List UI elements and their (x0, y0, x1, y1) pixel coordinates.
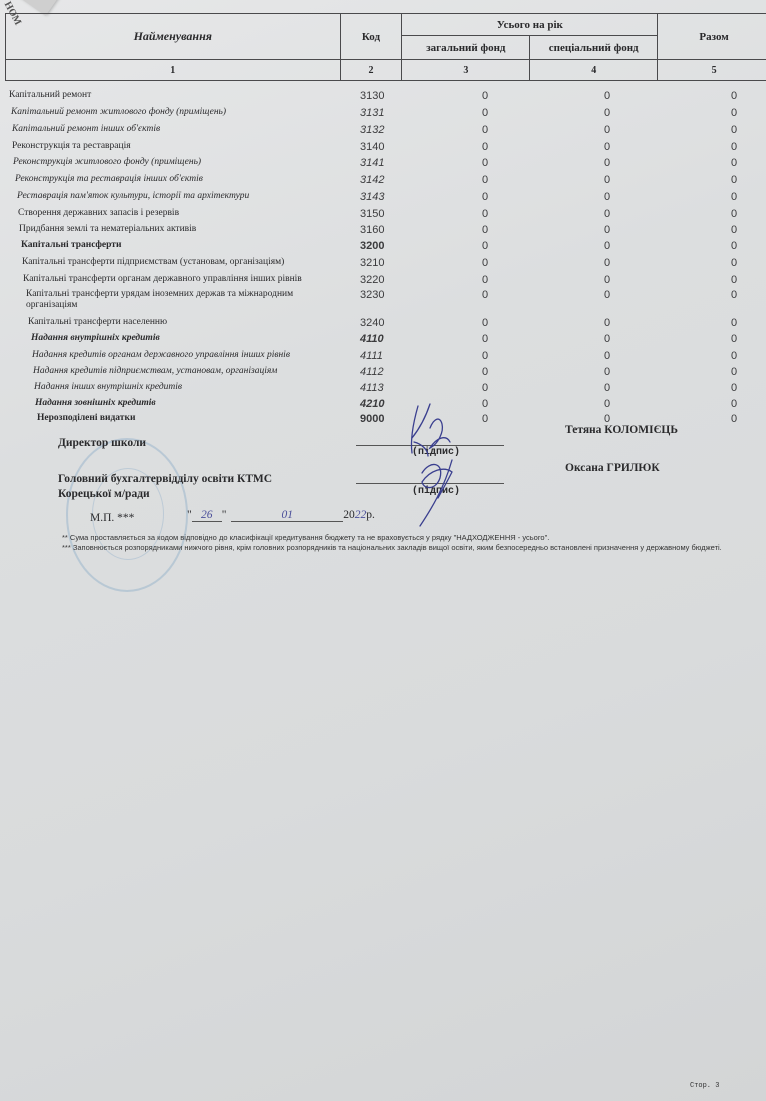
row-name: Капітальний ремонт (9, 90, 91, 100)
row-total: 0 (731, 174, 737, 186)
row-total: 0 (731, 240, 737, 252)
row-special-fund: 0 (604, 124, 610, 136)
row-code: 3220 (360, 274, 384, 286)
row-general-fund: 0 (482, 257, 488, 269)
page-number: Стор. 3 (690, 1082, 719, 1090)
row-total: 0 (731, 398, 737, 410)
row-name: Нерозподілені видатки (37, 413, 135, 423)
row-general-fund: 0 (482, 366, 488, 378)
row-special-fund: 0 (604, 350, 610, 362)
row-general-fund: 0 (482, 333, 488, 345)
row-general-fund: 0 (482, 124, 488, 136)
row-general-fund: 0 (482, 289, 488, 301)
row-total: 0 (731, 274, 737, 286)
row-name: Реконструкція та реставрація інших об'єк… (15, 174, 203, 184)
footnote-1: ** Сума проставляється за кодом відповід… (62, 533, 752, 543)
row-code: 3141 (360, 157, 384, 169)
director-name: Тетяна КОЛОМІЄЦЬ (565, 424, 678, 436)
row-total: 0 (731, 107, 737, 119)
row-total: 0 (731, 382, 737, 394)
table-row: Надання зовнішніх кредитів4210000 (0, 398, 766, 414)
row-total: 0 (731, 317, 737, 329)
row-special-fund: 0 (604, 174, 610, 186)
row-name: Капітальні трансферти населенню (28, 317, 167, 327)
row-total: 0 (731, 333, 737, 345)
row-name: Реконструкція житлового фонду (приміщень… (13, 157, 201, 167)
handwritten-signatures (400, 398, 480, 528)
accountant-name: Оксана ГРИЛЮК (565, 462, 660, 474)
row-name: Надання кредитів підприємствам, установа… (33, 366, 277, 376)
row-code: 9000 (360, 413, 384, 425)
footnotes: ** Сума проставляється за кодом відповід… (62, 533, 752, 552)
row-code: 4113 (360, 382, 384, 394)
table-row: Капітальний ремонт житлового фонду (прим… (0, 107, 766, 123)
date-month: 01 (282, 509, 294, 521)
row-name: Надання інших внутрішніх кредитів (34, 382, 182, 392)
row-special-fund: 0 (604, 224, 610, 236)
row-total: 0 (731, 157, 737, 169)
row-total: 0 (731, 289, 737, 301)
row-name: Капітальний ремонт житлового фонду (прим… (11, 107, 226, 117)
row-special-fund: 0 (604, 90, 610, 102)
table-row: Реконструкція житлового фонду (приміщень… (0, 157, 766, 173)
header-num-5: 5 (658, 60, 766, 81)
row-special-fund: 0 (604, 398, 610, 410)
row-special-fund: 0 (604, 157, 610, 169)
accountant-label-2: Корецької м/ради (58, 488, 150, 500)
row-general-fund: 0 (482, 350, 488, 362)
header-special-fund: спеціальний фонд (530, 36, 658, 60)
row-name: Надання кредитів органам державного упра… (32, 350, 290, 360)
table-row: Капітальний ремонт інших об'єктів3132000 (0, 124, 766, 140)
row-name: Реконструкція та реставрація (12, 141, 131, 151)
row-name: Капітальні трансферти органам державного… (23, 274, 302, 284)
document-date: "26" 012022р. (187, 509, 375, 522)
row-general-fund: 0 (482, 174, 488, 186)
header-num-4: 4 (530, 60, 658, 81)
table-row: Надання інших внутрішніх кредитів4113000 (0, 382, 766, 398)
row-code: 3210 (360, 257, 384, 269)
row-code: 4210 (360, 398, 384, 410)
row-name: Капітальні трансферти урядам іноземних д… (26, 289, 326, 311)
row-general-fund: 0 (482, 398, 488, 410)
row-general-fund: 0 (482, 382, 488, 394)
row-code: 4110 (360, 333, 384, 345)
row-code: 4112 (360, 366, 384, 378)
header-year-total: Усього на рік (402, 14, 658, 36)
row-special-fund: 0 (604, 107, 610, 119)
row-code: 3240 (360, 317, 384, 329)
row-name: Надання зовнішніх кредитів (35, 398, 156, 408)
table-row: Надання кредитів підприємствам, установа… (0, 366, 766, 382)
row-code: 3230 (360, 289, 384, 301)
row-special-fund: 0 (604, 366, 610, 378)
header-general-fund: загальний фонд (402, 36, 530, 60)
row-special-fund: 0 (604, 141, 610, 153)
row-code: 3142 (360, 174, 384, 186)
row-general-fund: 0 (482, 157, 488, 169)
row-code: 3150 (360, 208, 384, 220)
table-row: Капітальні трансферти урядам іноземних д… (0, 289, 766, 305)
row-general-fund: 0 (482, 413, 488, 425)
row-special-fund: 0 (604, 240, 610, 252)
row-total: 0 (731, 208, 737, 220)
row-code: 3200 (360, 240, 384, 252)
row-name: Капітальні трансферти (21, 240, 121, 250)
row-code: 4111 (360, 350, 383, 362)
header-num-1: 1 (6, 60, 341, 81)
table-row: Капітальні трансферти населенню3240000 (0, 317, 766, 333)
row-total: 0 (731, 350, 737, 362)
row-name: Надання внутрішніх кредитів (31, 333, 160, 343)
row-general-fund: 0 (482, 274, 488, 286)
table-row: Капітальні трансферти підприємствам (уст… (0, 257, 766, 273)
row-name: Придбання землі та нематеріальних активі… (19, 224, 196, 234)
row-special-fund: 0 (604, 289, 610, 301)
row-code: 3130 (360, 90, 384, 102)
row-general-fund: 0 (482, 141, 488, 153)
row-total: 0 (731, 413, 737, 425)
header-name: Найменування (6, 14, 341, 60)
row-general-fund: 0 (482, 90, 488, 102)
header-num-3: 3 (402, 60, 530, 81)
row-name: Створення державних запасів і резервів (18, 208, 179, 218)
row-code: 3160 (360, 224, 384, 236)
row-name: Капітальні трансферти підприємствам (уст… (22, 257, 284, 267)
row-general-fund: 0 (482, 317, 488, 329)
footnote-2: *** Заповнюється розпорядниками нижчого … (62, 543, 752, 553)
table-row: Реконструкція та реставрація3140000 (0, 141, 766, 157)
row-general-fund: 0 (482, 224, 488, 236)
row-total: 0 (731, 257, 737, 269)
row-total: 0 (731, 90, 737, 102)
accountant-label-1: Головний бухгалтервідділу освіти КТМС (58, 473, 272, 485)
table-row: Надання внутрішніх кредитів4110000 (0, 333, 766, 349)
row-code: 3140 (360, 141, 384, 153)
director-label: Директор школи (58, 437, 146, 449)
date-day: 26 (201, 509, 213, 521)
row-general-fund: 0 (482, 191, 488, 203)
header-total: Разом (658, 14, 766, 60)
row-total: 0 (731, 366, 737, 378)
row-total: 0 (731, 141, 737, 153)
row-special-fund: 0 (604, 317, 610, 329)
table-row: Надання кредитів органам державного упра… (0, 350, 766, 366)
row-special-fund: 0 (604, 274, 610, 286)
row-special-fund: 0 (604, 333, 610, 345)
date-year-unit: р. (366, 509, 375, 521)
row-total: 0 (731, 191, 737, 203)
row-total: 0 (731, 224, 737, 236)
row-total: 0 (731, 124, 737, 136)
table-row: Реставрація пам'яток культури, історії т… (0, 191, 766, 207)
date-year-suffix: 22 (355, 509, 367, 521)
row-general-fund: 0 (482, 107, 488, 119)
row-general-fund: 0 (482, 208, 488, 220)
row-code: 3132 (360, 124, 384, 136)
row-general-fund: 0 (482, 240, 488, 252)
row-special-fund: 0 (604, 257, 610, 269)
row-special-fund: 0 (604, 382, 610, 394)
table-row: Створення державних запасів і резервів31… (0, 208, 766, 224)
row-code: 3131 (360, 107, 384, 119)
row-special-fund: 0 (604, 191, 610, 203)
table-row: Придбання землі та нематеріальних активі… (0, 224, 766, 240)
table-row: Капітальні трансферти органам державного… (0, 274, 766, 290)
row-code: 3143 (360, 191, 384, 203)
date-year-prefix: 20 (343, 509, 355, 521)
stamp-place-label: М.П. *** (90, 512, 134, 524)
table-row: Капітальні трансферти3200000 (0, 240, 766, 256)
row-special-fund: 0 (604, 208, 610, 220)
table-row: Капітальний ремонт3130000 (0, 90, 766, 106)
header-code: Код (340, 14, 402, 60)
header-num-2: 2 (340, 60, 402, 81)
table-header: Найменування Код Усього на рік Разом заг… (5, 13, 766, 81)
table-row: Реконструкція та реставрація інших об'єк… (0, 174, 766, 190)
row-name: Реставрація пам'яток культури, історії т… (17, 191, 249, 201)
row-name: Капітальний ремонт інших об'єктів (12, 124, 160, 134)
